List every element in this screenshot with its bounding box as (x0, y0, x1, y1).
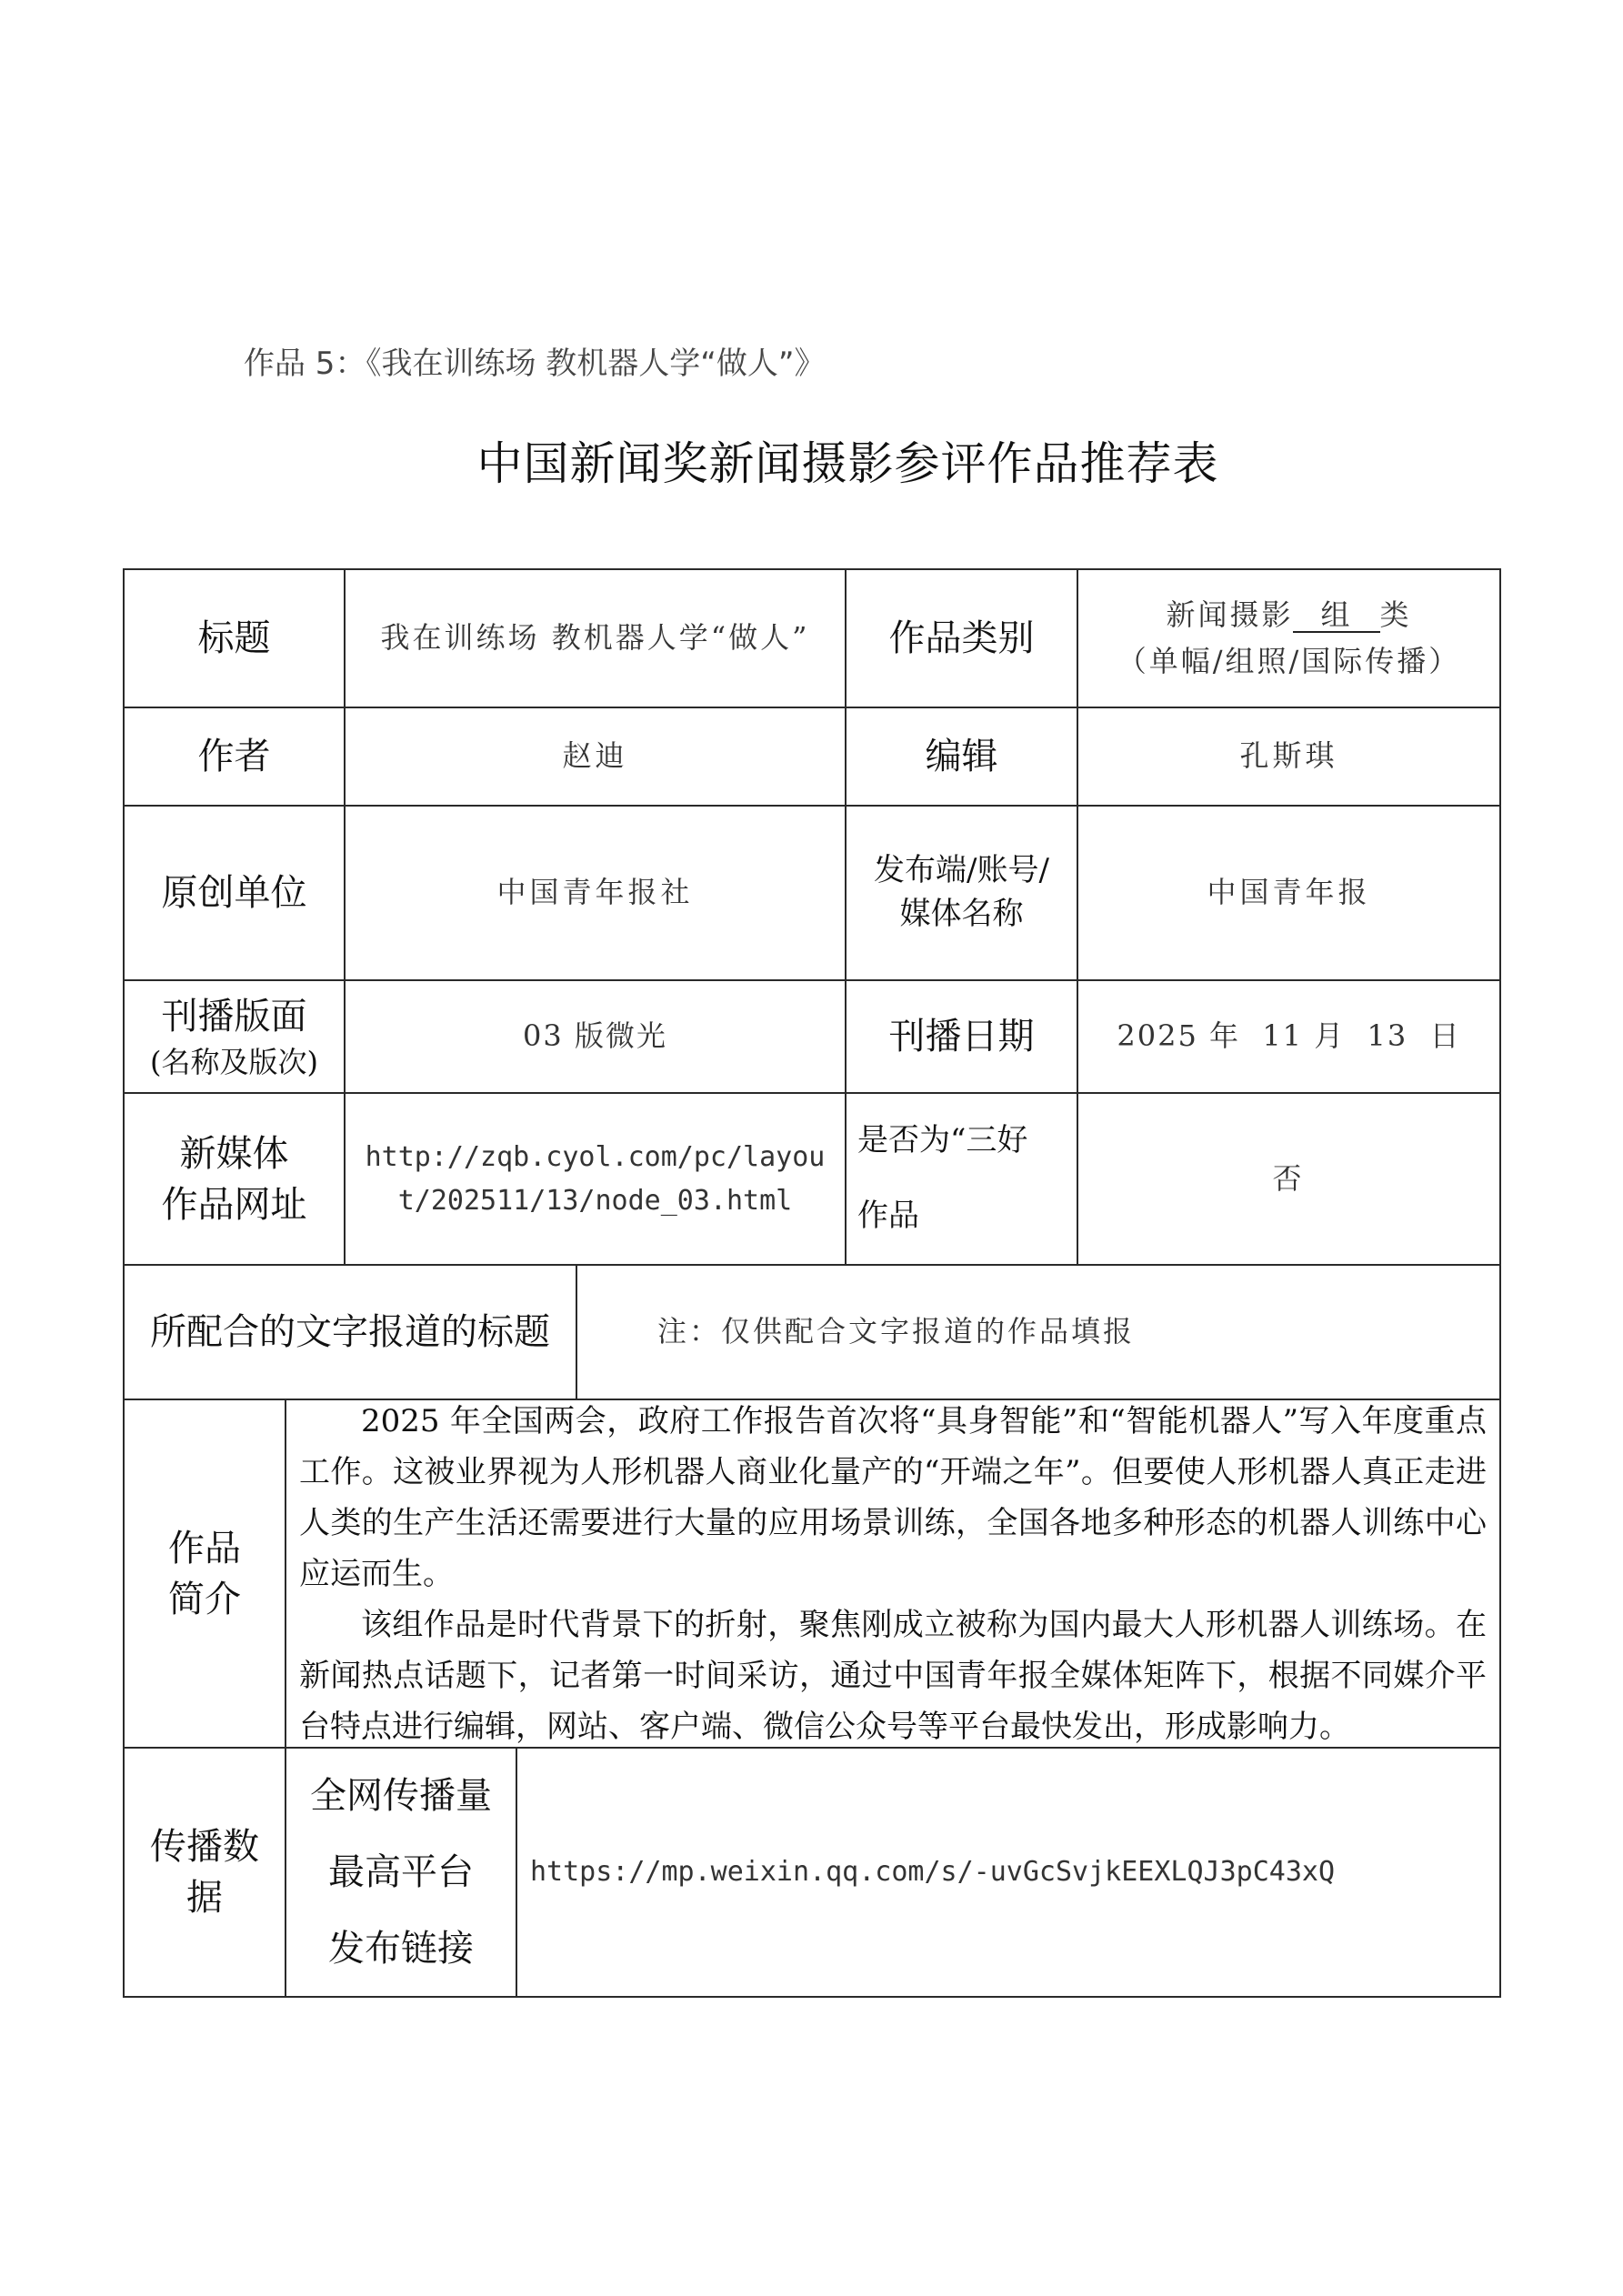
editor-value-cell: 孔斯琪 (1077, 707, 1501, 807)
page-value-cell: 03 版微光 (344, 979, 847, 1094)
author-value-cell: 赵迪 (344, 707, 847, 807)
publisher-label-cell: 发布端/账号/ 媒体名称 (845, 805, 1078, 981)
summary-value-cell: 2025 年全国两会，政府工作报告首次将“具身智能”和“智能机器人”写入年度重点… (285, 1399, 1501, 1749)
page-label-cell: 刊播版面 (名称及版次) (123, 979, 346, 1094)
page-label-line1: 刊播版面 (162, 991, 307, 1042)
title-value-cell: 我在训练场 教机器人学“做人” (344, 568, 847, 708)
newmedia-label-cell: 新媒体 作品网址 (123, 1092, 346, 1266)
author-value: 赵迪 (562, 733, 627, 779)
publisher-value: 中国青年报 (1207, 869, 1370, 916)
document-title: 中国新闻奖新闻摄影参评作品推荐表 (0, 427, 1623, 493)
summary-paragraph-1: 2025 年全国两会，政府工作报告首次将“具身智能”和“智能机器人”写入年度重点… (299, 1396, 1487, 1599)
date-label-cell: 刊播日期 (845, 979, 1078, 1094)
unit-value: 中国青年报社 (496, 869, 693, 916)
unit-label: 原创单位 (162, 867, 307, 918)
spread-label-line1: 传播数 (150, 1821, 259, 1872)
category-value-cell: 新闻摄影组类 （单幅/组照/国际传播） (1077, 568, 1501, 708)
category-value: 组 (1293, 599, 1379, 633)
category-line: 新闻摄影组类 (1166, 592, 1411, 638)
summary-label-line1: 作品 (168, 1523, 241, 1574)
summary-paragraph-2: 该组作品是时代背景下的折射，聚焦刚成立被称为国内最大人形机器人训练场。在新闻热点… (299, 1599, 1487, 1752)
work-heading: 作品 5：《我在训练场 教机器人学“做人”》 (244, 338, 825, 383)
newmedia-url-cell[interactable]: http://zqb.cyol.com/pc/layou t/202511/13… (344, 1092, 847, 1266)
related-label-cell: 所配合的文字报道的标题 (123, 1264, 577, 1400)
publisher-label-line2: 媒体名称 (900, 893, 1024, 937)
related-label: 所配合的文字报道的标题 (150, 1307, 550, 1358)
spread-value-cell[interactable]: https://mp.weixin.qq.com/s/-uvGcSvjkEEXL… (516, 1747, 1501, 1998)
category-label: 作品类别 (889, 613, 1035, 664)
spread-link[interactable]: https://mp.weixin.qq.com/s/-uvGcSvjkEEXL… (530, 1850, 1335, 1894)
publisher-value-cell: 中国青年报 (1077, 805, 1501, 981)
title-label-cell: 标题 (123, 568, 346, 708)
sanhao-value: 否 (1272, 1156, 1305, 1202)
related-value: 注：仅供配合文字报道的作品填报 (657, 1308, 1135, 1355)
unit-label-cell: 原创单位 (123, 805, 346, 981)
page-value: 03 版微光 (523, 1013, 667, 1059)
category-prefix: 新闻摄影 (1166, 597, 1293, 632)
category-label-cell: 作品类别 (845, 568, 1078, 708)
spread-label-line2: 据 (186, 1872, 223, 1923)
page-label-line2: (名称及版次) (150, 1042, 318, 1083)
sanhao-label-line2: 作品 (857, 1195, 919, 1238)
date-value: 2025 年 11 月 13 日 (1117, 1013, 1460, 1059)
related-value-cell: 注：仅供配合文字报道的作品填报 (576, 1264, 1501, 1400)
newmedia-label-line2: 作品网址 (162, 1179, 307, 1230)
editor-value: 孔斯琪 (1239, 733, 1337, 779)
category-suffix: 类 (1380, 597, 1412, 632)
newmedia-url-line2[interactable]: t/202511/13/node_03.html (398, 1179, 792, 1223)
title-label: 标题 (198, 613, 271, 664)
spread-sublabel-platform: 最高平台 (328, 1847, 474, 1898)
recommendation-form-table: 标题 我在训练场 教机器人学“做人” 作品类别 新闻摄影组类 （单幅/组照/国际… (123, 568, 1501, 1998)
unit-value-cell: 中国青年报社 (344, 805, 847, 981)
date-value-cell: 2025 年 11 月 13 日 (1077, 979, 1501, 1094)
spread-sublabel-total: 全网传播量 (310, 1770, 492, 1821)
spread-sublabels-cell: 全网传播量 最高平台 发布链接 (285, 1747, 517, 1998)
title-value: 我在训练场 教机器人学“做人” (381, 615, 810, 661)
summary-label-cell: 作品 简介 (123, 1399, 286, 1749)
spread-sublabel-link: 发布链接 (328, 1923, 474, 1974)
author-label-cell: 作者 (123, 707, 346, 807)
newmedia-url-line1[interactable]: http://zqb.cyol.com/pc/layou (366, 1136, 826, 1179)
category-options: （单幅/组照/国际传播） (1117, 638, 1461, 685)
spread-label-cell: 传播数 据 (123, 1747, 286, 1998)
author-label: 作者 (198, 731, 271, 782)
publisher-label-line1: 发布端/账号/ (874, 849, 1049, 893)
newmedia-label-line1: 新媒体 (180, 1128, 289, 1179)
editor-label-cell: 编辑 (845, 707, 1078, 807)
editor-label: 编辑 (926, 731, 998, 782)
sanhao-label-cell: 是否为“三好 作品 (845, 1092, 1078, 1266)
sanhao-label-line1: 是否为“三好 (857, 1119, 1027, 1163)
summary-label-line2: 简介 (168, 1574, 241, 1625)
sanhao-value-cell: 否 (1077, 1092, 1501, 1266)
date-label: 刊播日期 (889, 1011, 1035, 1062)
